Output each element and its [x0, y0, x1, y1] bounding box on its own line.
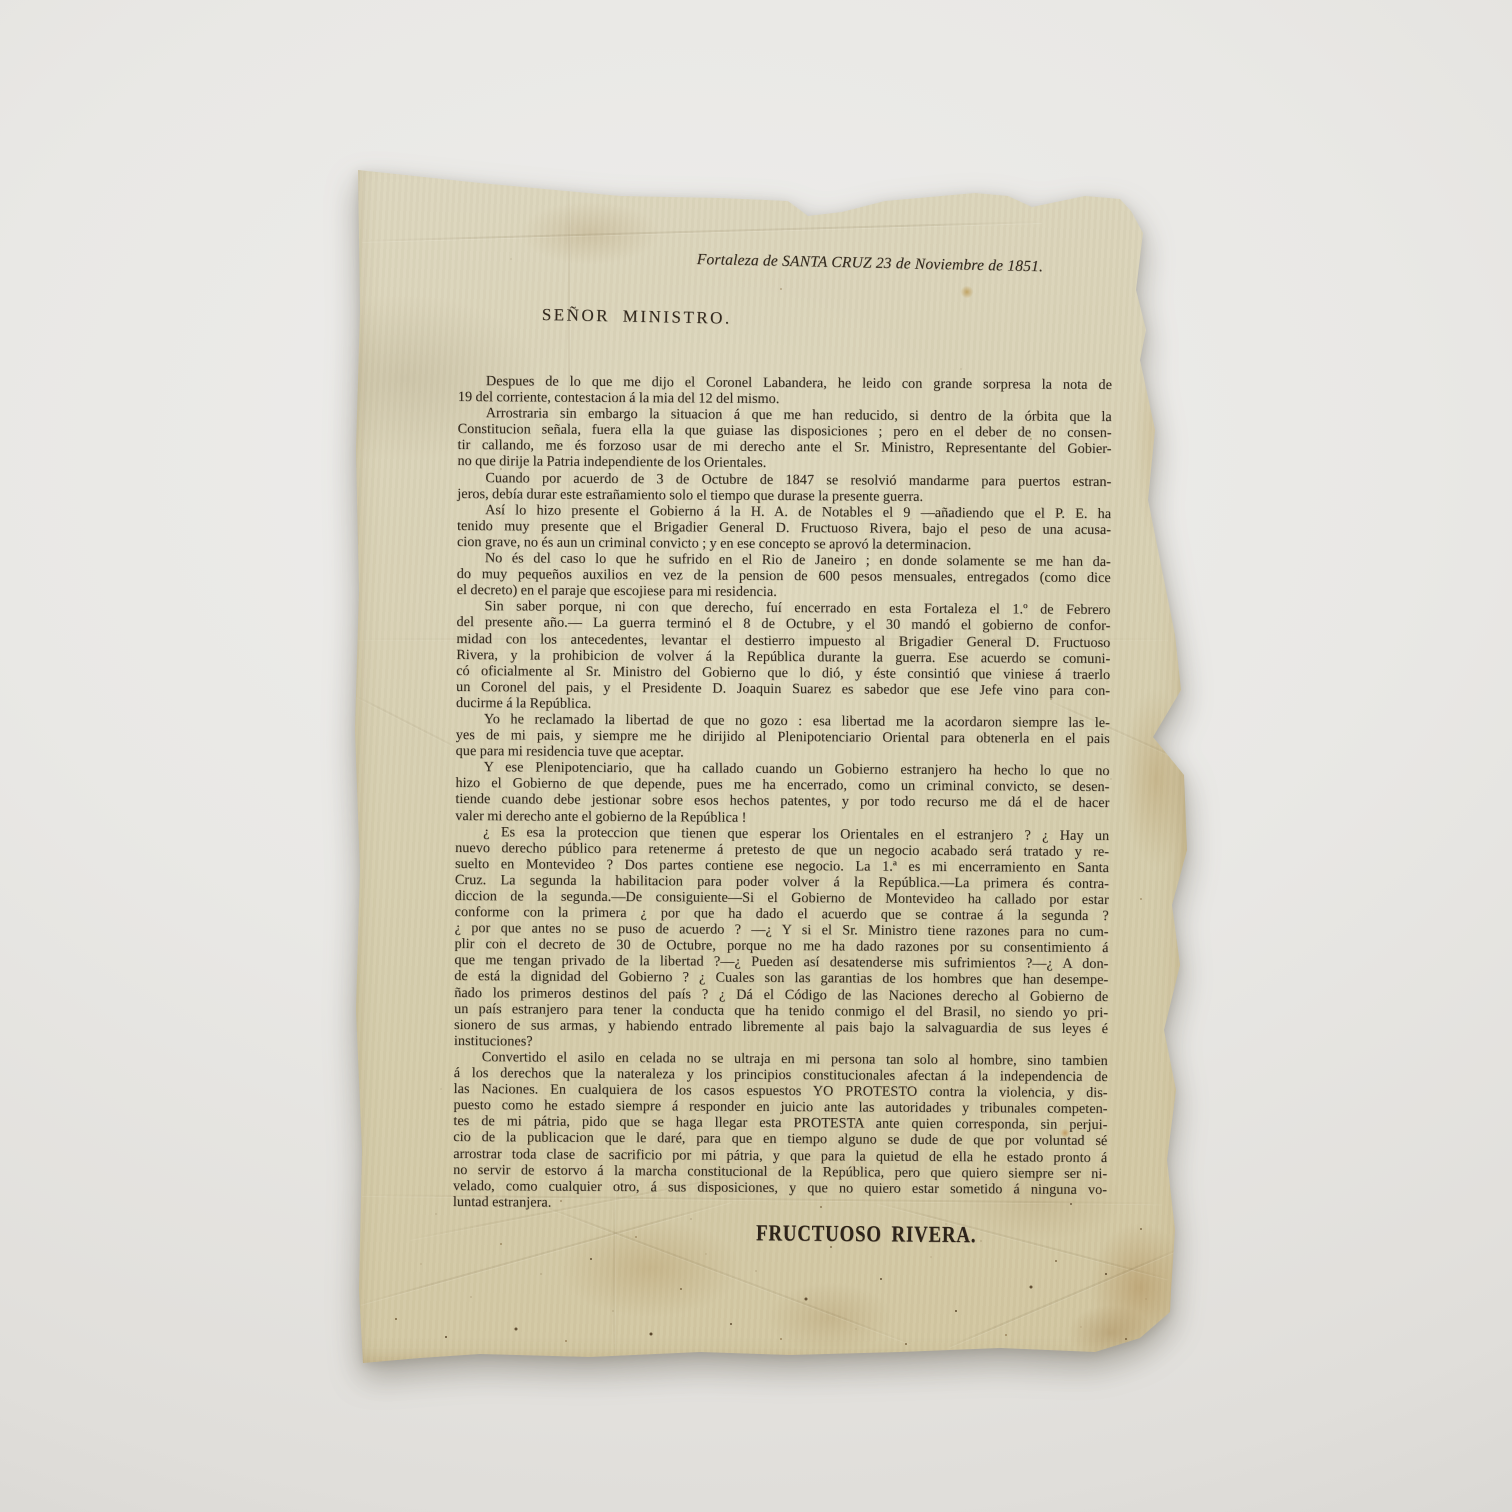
foxing-spots	[350, 138, 352, 140]
printed-content: Fortaleza de SANTA CRUZ 23 de Noviembre …	[350, 138, 1195, 1371]
salutation: SEÑOR MINISTRO.	[542, 305, 732, 329]
signature-text: FRUCTUOSO RIVERA.	[756, 1220, 977, 1248]
signature: FRUCTUOSO RIVERA.	[730, 1220, 1002, 1248]
dateline: Fortaleza de SANTA CRUZ 23 de Noviembre …	[697, 251, 1044, 276]
letter-body: Despues de lo que me dijo el Coronel Lab…	[453, 373, 1112, 1214]
document-sheet-wrap: Fortaleza de SANTA CRUZ 23 de Noviembre …	[0, 0, 1512, 1512]
photo-background: Fortaleza de SANTA CRUZ 23 de Noviembre …	[0, 0, 1512, 1512]
document-sheet: Fortaleza de SANTA CRUZ 23 de Noviembre …	[350, 138, 1195, 1371]
